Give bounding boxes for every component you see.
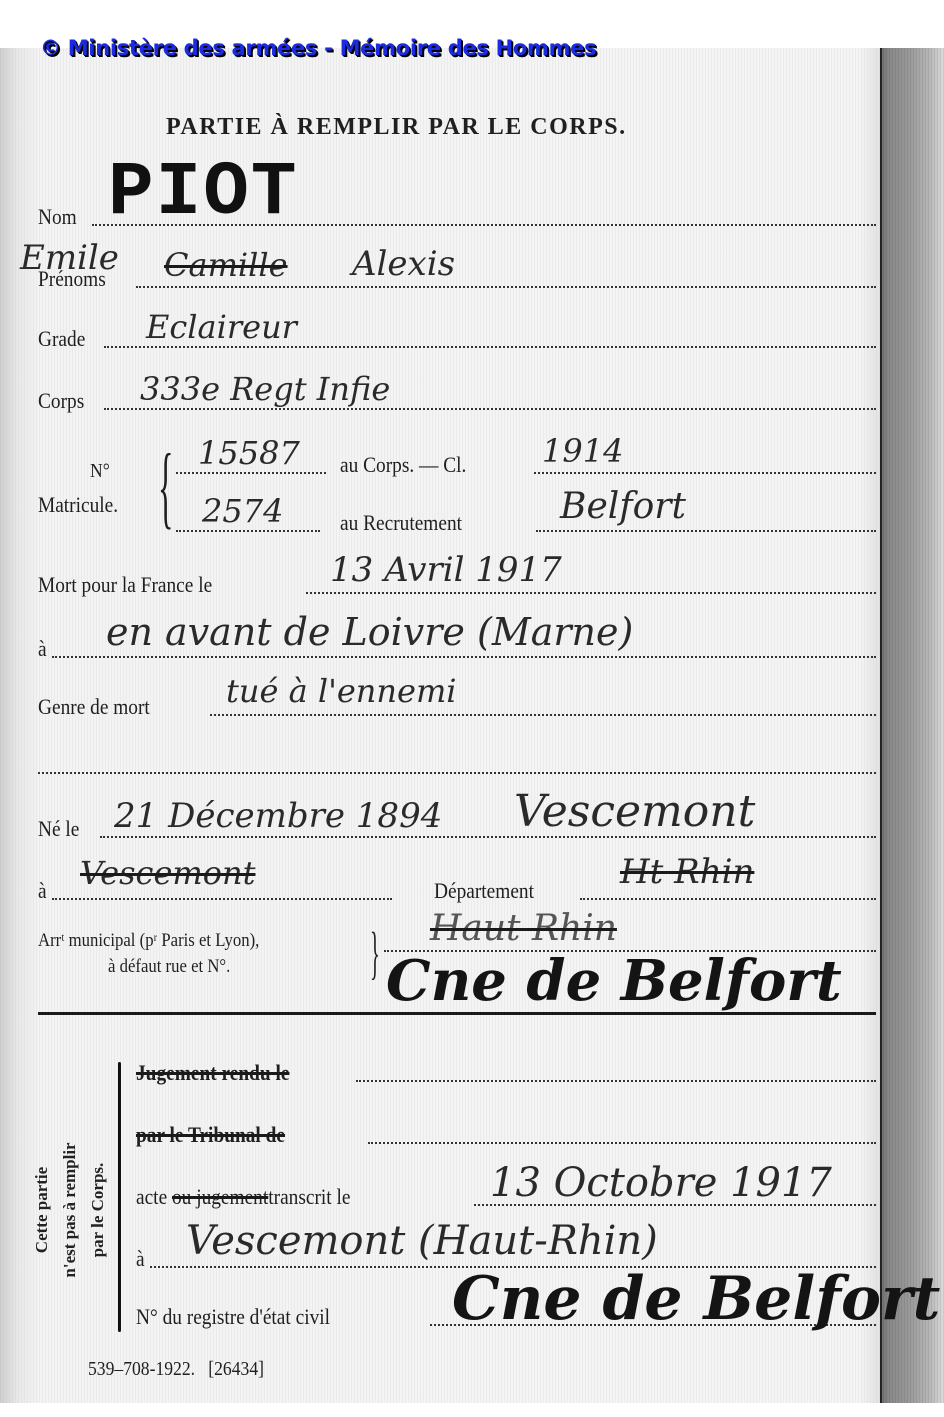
acte-label-struck: ou jugement <box>172 1184 268 1209</box>
arrondissement-brace: } <box>370 924 380 982</box>
mort-value: 13 Avril 1917 <box>330 550 562 590</box>
genre-mort-value: tué à l'ennemi <box>226 672 457 710</box>
naissance-lieu-line <box>52 898 392 900</box>
tribunal-line <box>368 1142 876 1144</box>
matricule-recrutement-line <box>176 530 320 532</box>
jugement-label: Jugement rendu le <box>136 1060 289 1086</box>
departement-line <box>580 898 876 900</box>
form-number: [26434] <box>208 1358 264 1380</box>
prenoms-value-last: Alexis <box>352 244 455 284</box>
nom-label: Nom <box>38 204 77 230</box>
recrutement-label: au Recrutement <box>340 510 462 536</box>
classe-value: 1914 <box>542 432 623 470</box>
copyright-watermark: © Ministère des armées - Mémoire des Hom… <box>40 36 596 60</box>
matricule-corps-label: au Corps. — Cl. <box>340 452 466 478</box>
naissance-lieu-label: à <box>38 878 47 904</box>
side-note-line-2: n'est pas à remplir <box>56 1110 84 1310</box>
print-ref: 539–708-1922. <box>88 1358 195 1380</box>
matricule-brace: { <box>158 440 173 532</box>
registre-label: N° du registre d'état civil <box>136 1304 330 1330</box>
acte-value: 13 Octobre 1917 <box>490 1160 832 1206</box>
matricule-recrutement-value: 2574 <box>202 492 283 530</box>
jugement-line <box>356 1080 876 1082</box>
grade-value: Eclaireur <box>146 308 297 346</box>
transcrit-a-label: à <box>136 1246 145 1272</box>
tribunal-label: par le Tribunal de <box>136 1122 285 1148</box>
naissance-line <box>100 836 876 838</box>
departement-label: Département <box>434 878 534 904</box>
grade-label: Grade <box>38 326 85 352</box>
registre-value: Cne de Belfort <box>452 1264 940 1334</box>
arrondissement-value: Cne de Belfort <box>386 948 842 1014</box>
lower-section-brace <box>118 1062 121 1332</box>
section-divider <box>38 1012 876 1015</box>
blank-line <box>38 772 876 774</box>
matricule-corps-line <box>176 472 326 474</box>
acte-label: acte ou jugementtranscrit le <box>136 1184 351 1210</box>
genre-mort-line <box>210 714 876 716</box>
footer-print-ref: 539–708-1922. [26434] <box>88 1358 264 1381</box>
corps-line <box>104 408 876 410</box>
matricule-corps-value: 15587 <box>198 434 300 472</box>
naissance-label: Né le <box>38 816 79 842</box>
departement-struck: Ht Rhin <box>620 852 754 892</box>
genre-mort-label: Genre de mort <box>38 694 150 720</box>
arrondissement-label-1: Arrᵗ municipal (pʳ Paris et Lyon), <box>38 930 259 952</box>
form-title: PARTIE À REMPLIR PAR LE CORPS. <box>166 114 627 141</box>
grade-line <box>104 346 876 348</box>
naissance-date: 21 Décembre 1894 <box>114 796 442 836</box>
prenoms-line <box>136 286 876 288</box>
classe-line <box>534 472 876 474</box>
matricule-no-label: N° <box>90 460 110 483</box>
matricule-label: Matricule. <box>38 492 118 518</box>
lieu-mort-line <box>52 656 876 658</box>
acte-label-part-2: transcrit le <box>268 1184 350 1209</box>
recrutement-line <box>536 530 876 532</box>
mort-label: Mort pour la France le <box>38 572 212 598</box>
arrondissement-struck: Haut Rhin <box>430 908 617 949</box>
naissance-lieu-struck: Vescemont <box>80 854 255 892</box>
acte-label-part-1: acte <box>136 1184 167 1209</box>
prenoms-value-first: Emile <box>20 238 119 278</box>
recrutement-place: Belfort <box>560 486 686 527</box>
corps-value: 333e Regt Infie <box>140 370 390 408</box>
arrondissement-label-2: à défaut rue et N°. <box>108 956 230 978</box>
binding-spine <box>880 48 944 1403</box>
nom-value: PIOT <box>108 150 298 236</box>
lieu-mort-value: en avant de Loivre (Marne) <box>106 610 633 654</box>
mort-line <box>306 592 876 594</box>
corps-label: Corps <box>38 388 84 414</box>
transcrit-a-value: Vescemont (Haut-Rhin) <box>186 1218 658 1264</box>
side-note-line-3: par le Corps. <box>84 1110 112 1310</box>
prenoms-value-struck: Camille <box>164 246 288 284</box>
lieu-mort-label: à <box>38 636 47 662</box>
page-edge-line <box>880 48 882 1403</box>
side-note-line-1: Cette partie <box>28 1110 56 1310</box>
naissance-place: Vescemont <box>514 786 755 837</box>
side-note: Cette partie n'est pas à remplir par le … <box>28 1110 112 1310</box>
